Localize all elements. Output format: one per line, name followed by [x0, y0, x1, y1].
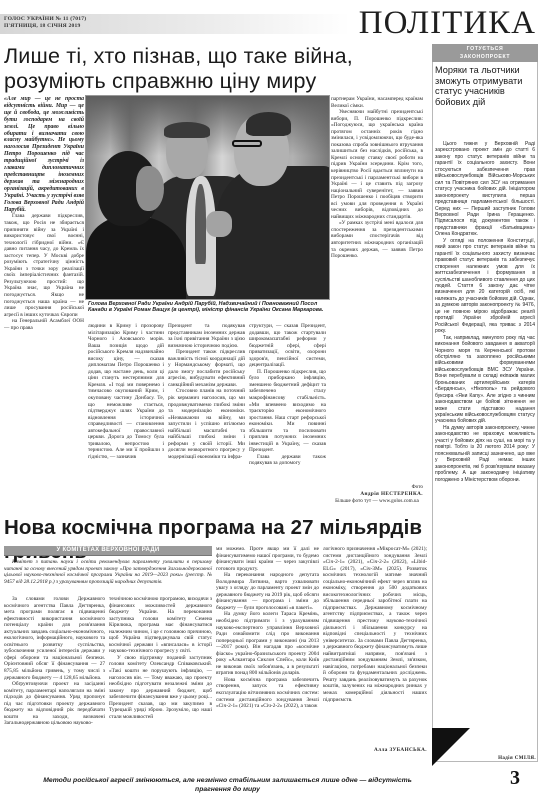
article2-paragraph: На думку його колеги Тараса Кремінь, нео…	[216, 611, 319, 676]
article1-headline: Лише ті, хто пізнав, що таке війна, розу…	[4, 44, 419, 94]
article1-paragraph: «У рамках зустрічі мені вдалося для спос…	[331, 220, 423, 259]
page-footer-tagline: Методи російської агресії змінюються, ал…	[30, 776, 425, 794]
article2-lead-text: Комітет з питань науки і освіти рекоменд…	[4, 559, 212, 585]
masthead: ГОЛОС УКРАЇНИ № 11 (7017) П'ЯТНИЦЯ, 18 С…	[0, 8, 542, 36]
article2-paragraph: логічного призначення «Мікросат-М» (2021…	[323, 546, 427, 703]
sidebar-author: Надія СМІЛЯ.	[470, 756, 536, 761]
article1-photo	[85, 95, 330, 300]
sidebar-rubric: ГОТУЄТЬСЯ ЗАКОНОПРОЕКТ	[432, 44, 538, 62]
article1-column-5: партнерам України, насамперед країнам Ве…	[331, 96, 423, 482]
article2-column-2: технічною космічною програмою, виходячи …	[109, 596, 212, 770]
article2-paragraph: Нова космічна програма забезпечить створ…	[216, 677, 319, 710]
article2-author: Алла ЗУБАНСЬКА.	[323, 747, 427, 754]
article1-column-3: Президент та подякував представникам іно…	[168, 323, 245, 508]
article2-column-3: ми можемо. Проте якщо ми її далі не фіна…	[216, 546, 319, 770]
more-photos-link[interactable]: Більше фото тут — www.golos.com.ua	[331, 498, 423, 505]
photographer-name: Андрія НЕСТЕРЕНКА.	[360, 491, 423, 497]
rubric-underline	[4, 555, 212, 556]
sidebar-rubric-line2: ЗАКОНОПРОЕКТ	[432, 53, 538, 61]
article2-paragraph: На переконання народного депутата Володи…	[216, 572, 319, 611]
article2-paragraph: технічною космічною програмою, виходячи …	[109, 596, 212, 655]
article1-column-4: структури, — сказав Президент, додавши, …	[249, 323, 326, 508]
article2-paragraph: Обґрунтовуючи проект на засіданні коміте…	[4, 681, 105, 727]
sidebar-rubric-line1: ГОТУЄТЬСЯ	[432, 45, 538, 53]
section-title: ПОЛІТИКА	[359, 6, 536, 40]
article1-paragraph: Стосовно планів на поточний рік керманич…	[168, 388, 245, 460]
article2-paragraph: За словами голови Державного космічного …	[4, 596, 105, 681]
article1-paragraph: людини в Криму і прозорову мілітаризацію…	[88, 323, 164, 460]
article1-column-1: «Але мир — це не проста відсутність війн…	[4, 96, 84, 516]
sidebar-body: Цього тижня у Верховній Раді зареєстрова…	[435, 141, 535, 725]
article2-paragraph: ми можемо. Проте якщо ми її далі не фіна…	[216, 546, 319, 572]
article1-paragraph: партнерам України, насамперед країнам Ве…	[331, 96, 423, 109]
photo-caption: Голова Верховної Ради України Андрій Пар…	[88, 301, 328, 314]
article1-paragraph: структури, — сказав Президент, додавши, …	[249, 323, 326, 369]
sidebar-paragraph: На думку авторів законопроекту, чинне за…	[435, 425, 535, 483]
article2-rubric: У КОМІТЕТАХ ВЕРХОВНОЇ РАДИ	[4, 546, 212, 555]
article2-paragraph: У свою підтримку поданий заступник голов…	[109, 655, 212, 720]
article1-paragraph: на Генеральній Асамблеї ООН — про права	[4, 318, 84, 331]
photo-credit: Фото Андрія НЕСТЕРЕНКА. Більше фото тут …	[331, 484, 423, 505]
issue-info: ГОЛОС УКРАЇНИ № 11 (7017) П'ЯТНИЦЯ, 18 С…	[4, 16, 86, 30]
article1-paragraph: Глава держави також подякував за допомог…	[249, 454, 326, 467]
article1-paragraph: Президент та подякував представникам іно…	[168, 323, 245, 349]
sidebar-box: ГОТУЄТЬСЯ ЗАКОНОПРОЕКТ Моряки та льотчик…	[432, 44, 538, 764]
issue-date: П'ЯТНИЦЯ, 18 СІЧНЯ 2019	[4, 23, 86, 30]
sidebar-paragraph: У огляді на положення Конституції, який …	[435, 238, 535, 335]
article1-paragraph: П. Порошенко підкреслив, що було приборк…	[249, 369, 326, 454]
article1-lead: «Але мир — це не проста відсутність війн…	[4, 96, 84, 213]
article2-column-1: За словами голови Державного космічного …	[4, 596, 105, 770]
sidebar-headline: Моряки та льотчики зможуть отримувати ст…	[435, 65, 535, 107]
corner-triangle-decoration	[432, 728, 470, 766]
sidebar-paragraph: Цього тижня у Верховній Раді зареєстрова…	[435, 141, 535, 238]
article1-paragraph: Президент також підкреслив важливість ті…	[168, 349, 245, 388]
page-number: 3	[510, 767, 520, 789]
article1-paragraph: Увесняючи майбутні президентські вибори,…	[331, 109, 423, 220]
article2-column-4: логічного призначення «Мікросат-М» (2021…	[323, 546, 427, 742]
article2-author-name: Алла ЗУБАНСЬКА.	[374, 747, 427, 753]
sidebar-paragraph: Так, наприклад, минулого року під час ви…	[435, 335, 535, 425]
article2-lead: Комітет з питань науки і освіти рекоменд…	[4, 559, 212, 585]
article1-paragraph: Глава держави підкреслив, також, що Росі…	[4, 213, 84, 318]
publication-name: ГОЛОС УКРАЇНИ № 11 (7017)	[4, 16, 86, 23]
article1-column-2: людини в Криму і прозорову мілітаризацію…	[88, 323, 164, 508]
